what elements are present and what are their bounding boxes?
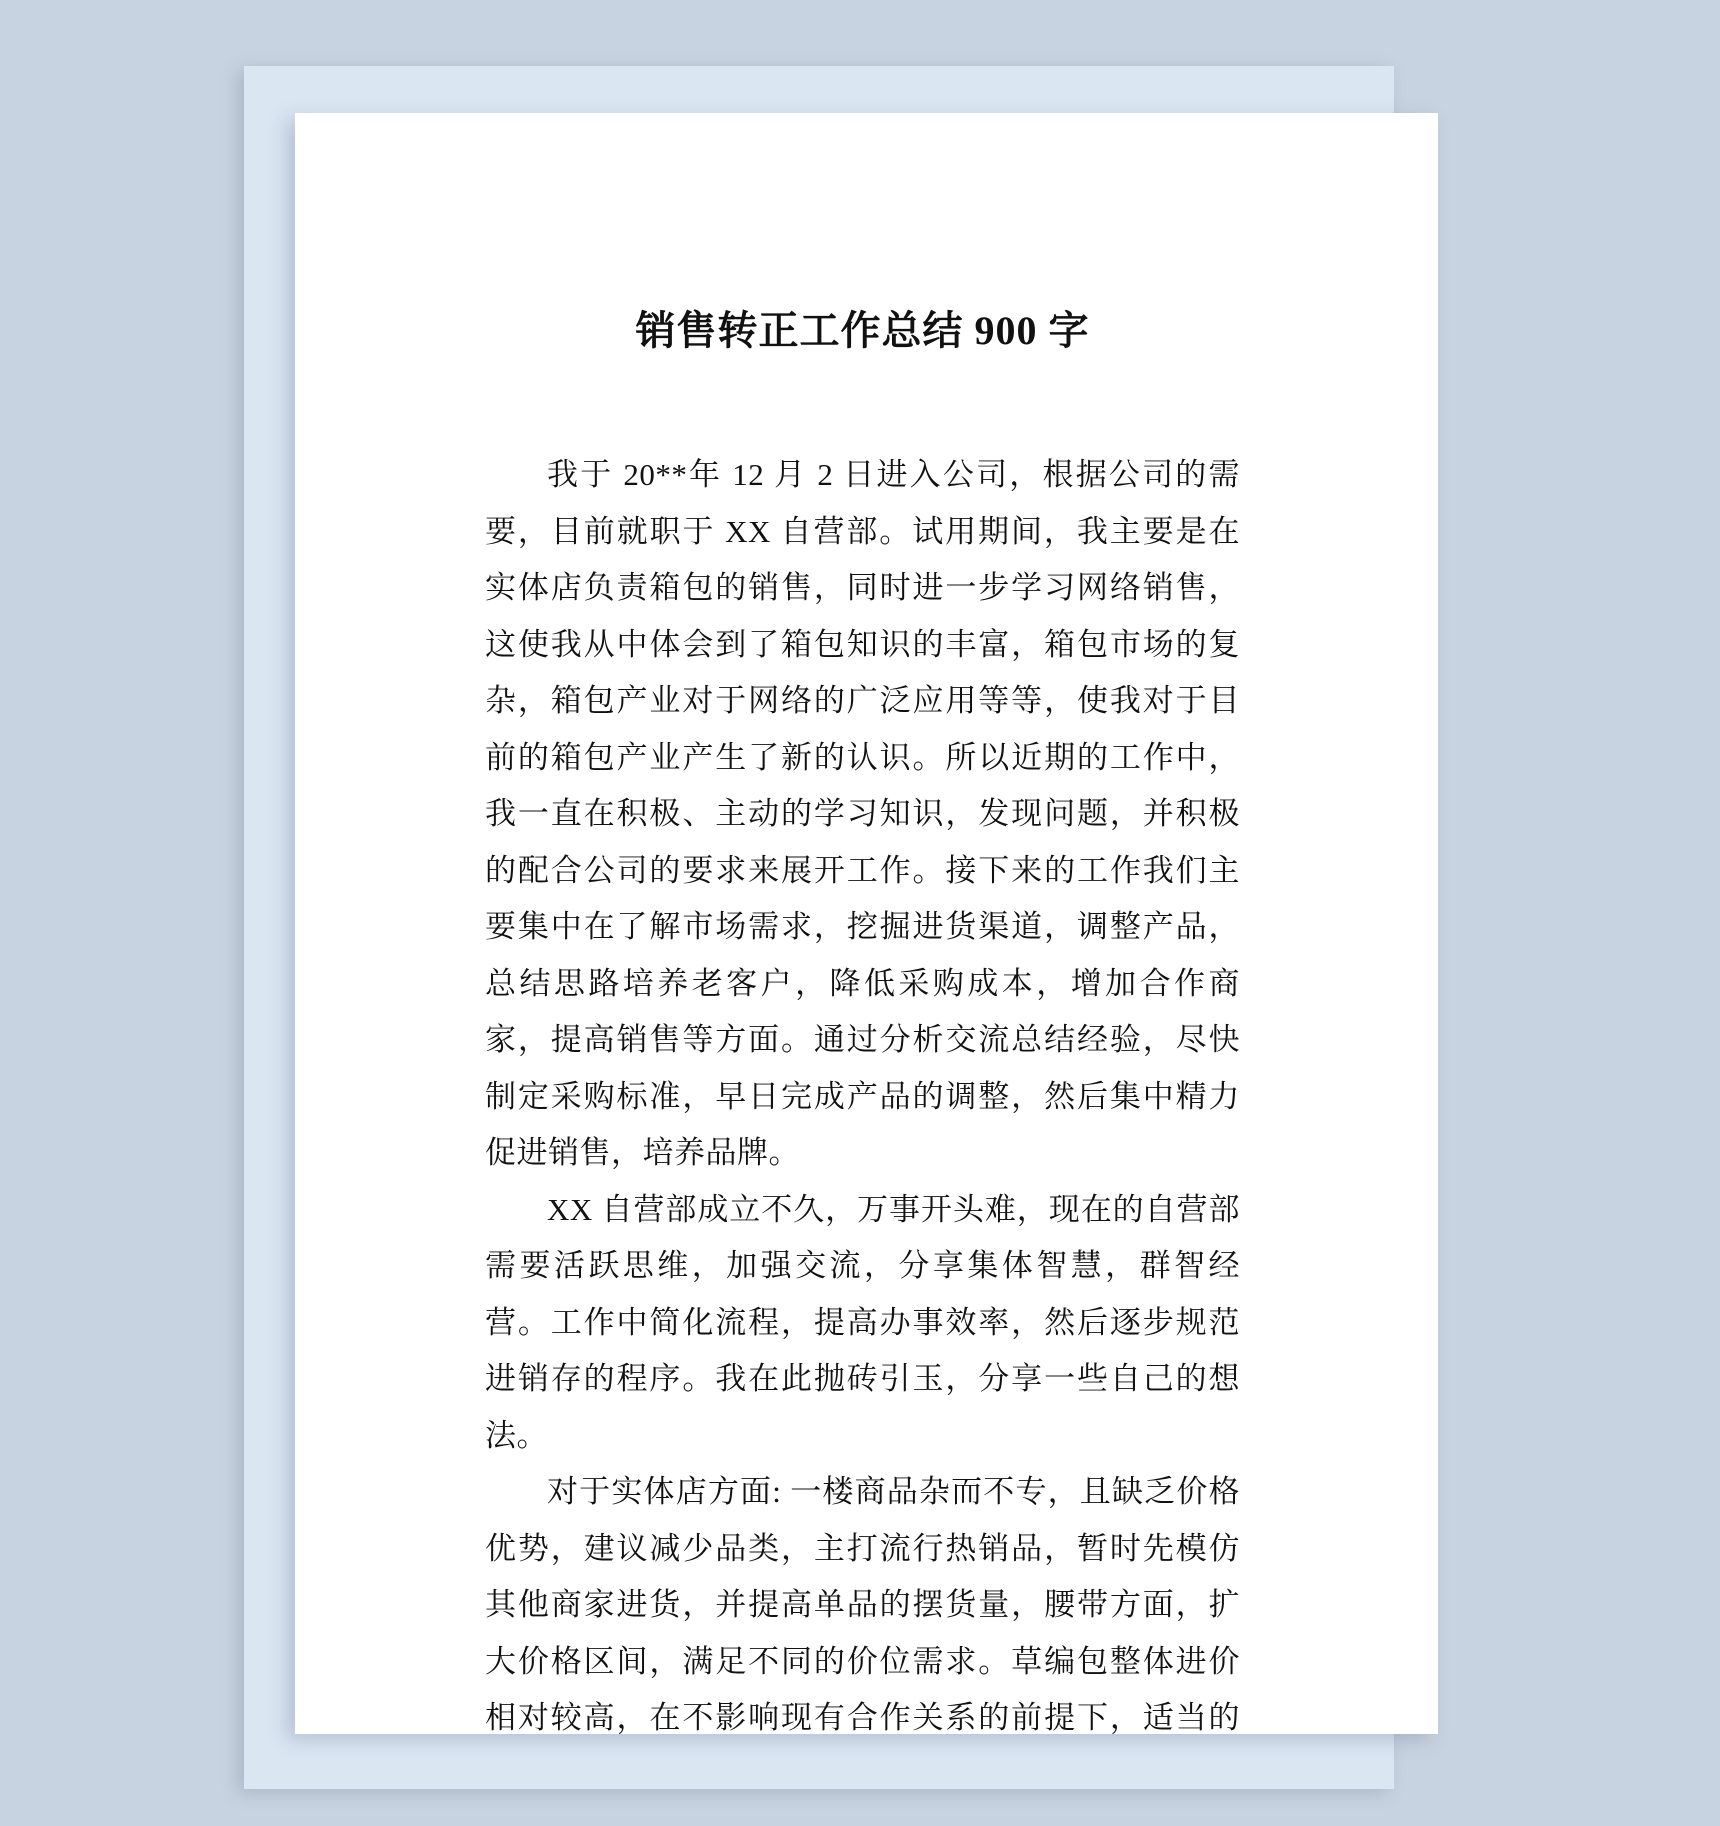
paragraph-1: 我于 20**年 12 月 2 日进入公司，根据公司的需要，目前就职于 XX 自… <box>485 447 1240 1182</box>
document-preview-background: 销售转正工作总结 900 字 我于 20**年 12 月 2 日进入公司，根据公… <box>0 0 1720 1826</box>
document-title: 销售转正工作总结 900 字 <box>485 303 1240 359</box>
document-page: 销售转正工作总结 900 字 我于 20**年 12 月 2 日进入公司，根据公… <box>295 113 1438 1734</box>
paragraph-2: XX 自营部成立不久，万事开头难，现在的自营部需要活跃思维，加强交流，分享集体智… <box>485 1182 1240 1465</box>
paragraph-3: 对于实体店方面: 一楼商品杂而不专，且缺乏价格优势，建议减少品类，主打流行热销品… <box>485 1464 1240 1734</box>
document-content: 销售转正工作总结 900 字 我于 20**年 12 月 2 日进入公司，根据公… <box>295 113 1438 1734</box>
